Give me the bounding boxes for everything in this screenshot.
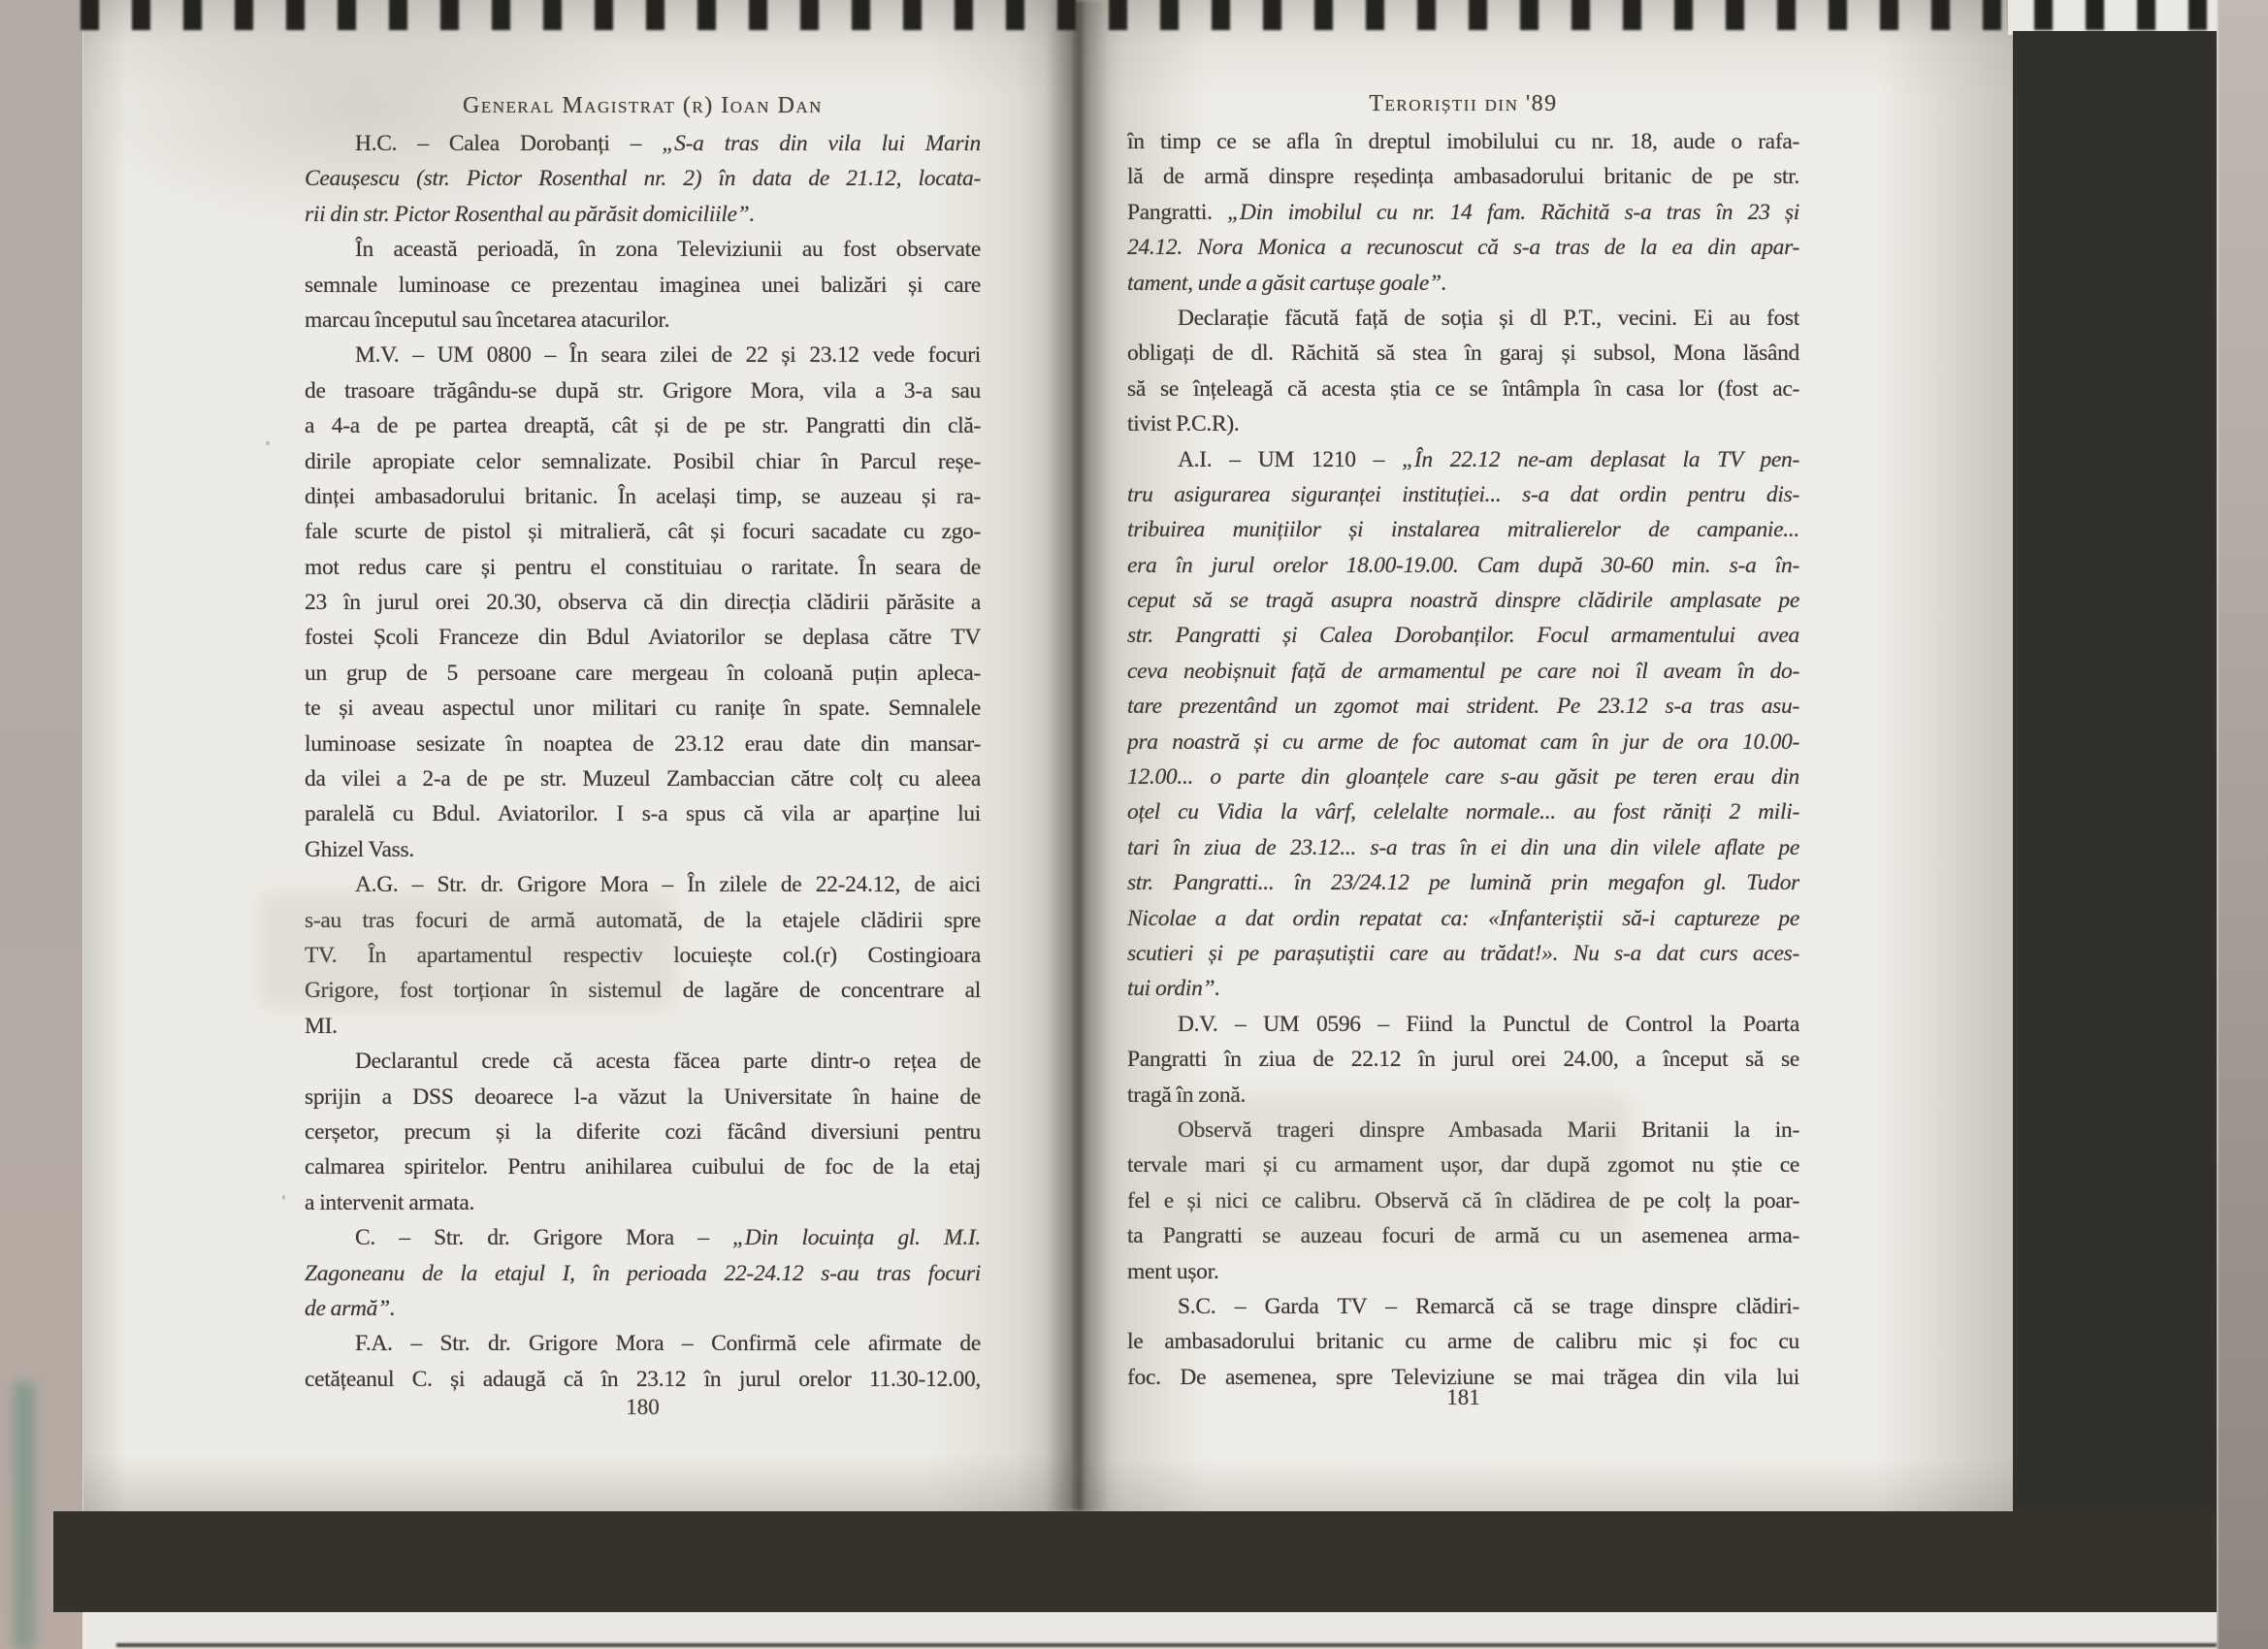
- body-text: F.A. – Str. dr. Grigore Mora – Confirmă …: [355, 1331, 981, 1356]
- body-text: H.C. – Calea Dorobanți –: [355, 131, 662, 156]
- text-column-left: H.C. – Calea Dorobanți – „S-a tras din v…: [305, 126, 981, 1397]
- text-line: lă de armă dinspre reședința ambasadorul…: [1127, 159, 1799, 194]
- text-line: un grup de 5 persoane care mergeau în co…: [305, 656, 981, 691]
- text-line: M.V. – UM 0800 – În seara zilei de 22 și…: [305, 338, 981, 372]
- text-line: a 4-a de pe partea dreaptă, cât și de pe…: [305, 408, 981, 443]
- text-line: fostei Școli Franceze din Bdul Aviatoril…: [305, 620, 981, 655]
- quoted-italic-text: str. Pangratti și Calea Dorobanților. Fo…: [1127, 623, 1799, 648]
- text-line: În această perioadă, în zona Televiziuni…: [305, 232, 981, 267]
- text-line: paralelă cu Bdul. Aviatorilor. I s-a spu…: [305, 796, 981, 831]
- text-line: 23 în jurul orei 20.30, observa că din d…: [305, 585, 981, 620]
- body-text: S.C. – Garda TV – Remarcă că se trage di…: [1178, 1294, 1799, 1319]
- body-text: lă de armă dinspre reședința ambasadorul…: [1127, 164, 1799, 189]
- text-line: 24.12. Nora Monica a recunoscut că s-a t…: [1127, 230, 1799, 265]
- body-text: paralelă cu Bdul. Aviatorilor. I s-a spu…: [305, 801, 981, 826]
- scan-speck: [282, 1195, 285, 1200]
- running-header-right: Teroriștii din '89: [1127, 91, 1799, 117]
- text-line: Ceaușescu (str. Pictor Rosenthal nr. 2) …: [305, 161, 981, 196]
- body-text: MI.: [305, 1014, 338, 1039]
- text-line: în timp ce se afla în dreptul imobilului…: [1127, 124, 1799, 159]
- quoted-italic-text: era în jurul orelor 18.00-19.00. Cam dup…: [1127, 553, 1799, 578]
- quoted-italic-text: „Din locuința gl. M.I.: [732, 1225, 981, 1250]
- page-number-left: 180: [305, 1395, 981, 1420]
- body-text: semnale luminoase ce prezentau imaginea …: [305, 273, 981, 298]
- text-line: tament, unde a găsit cartușe goale”.: [1127, 266, 1799, 301]
- quoted-italic-text: tare prezentând un zgomot mai strident. …: [1127, 694, 1799, 719]
- quoted-italic-text: tui ordin”.: [1127, 976, 1220, 1001]
- body-text: ment ușor.: [1127, 1259, 1218, 1284]
- text-line: tru asigurarea siguranței instituției...…: [1127, 477, 1799, 512]
- text-line: Zagoneanu de la etajul I, în perioada 22…: [305, 1256, 981, 1291]
- quoted-italic-text: tari în ziua de 23.12... s-a tras în ei …: [1127, 835, 1799, 860]
- body-text: un grup de 5 persoane care mergeau în co…: [305, 661, 981, 686]
- body-text: dirile apropiate celor semnalizate. Posi…: [305, 449, 981, 474]
- text-line: tui ordin”.: [1127, 971, 1799, 1006]
- quoted-italic-text: ceva neobișnuit față de armamentul pe ca…: [1127, 659, 1799, 684]
- book-page-right: Teroriștii din '89 în timp ce se afla în…: [1072, 0, 2013, 1511]
- text-line: str. Pangratti și Calea Dorobanților. Fo…: [1127, 618, 1799, 653]
- bleed-through-ghost: [258, 892, 675, 1009]
- text-line: te și aveau aspectul unor militari cu ra…: [305, 691, 981, 726]
- quoted-italic-text: tru asigurarea siguranței instituției...…: [1127, 482, 1799, 507]
- text-line: rii din str. Pictor Rosenthal au părăsit…: [305, 197, 981, 232]
- quoted-italic-text: 24.12. Nora Monica a recunoscut că s-a t…: [1127, 235, 1799, 260]
- text-line: Ghizel Vass.: [305, 832, 981, 867]
- text-line: S.C. – Garda TV – Remarcă că se trage di…: [1127, 1289, 1799, 1324]
- body-text: marcau începutul sau încetarea atacurilo…: [305, 307, 669, 333]
- text-line: H.C. – Calea Dorobanți – „S-a tras din v…: [305, 126, 981, 161]
- text-line: cerșetor, precum și la diferite cozi făc…: [305, 1115, 981, 1149]
- text-line: F.A. – Str. dr. Grigore Mora – Confirmă …: [305, 1326, 981, 1361]
- text-line: Pangratti în ziua de 22.12 în jurul orei…: [1127, 1042, 1799, 1077]
- text-line: marcau începutul sau încetarea atacurilo…: [305, 303, 981, 338]
- body-text: în timp ce se afla în dreptul imobilului…: [1127, 129, 1799, 154]
- body-text: Pangratti în ziua de 22.12 în jurul orei…: [1127, 1047, 1799, 1072]
- scan-artifact-streak: [14, 1382, 35, 1649]
- body-text: fale scurte de pistol și mitralieră, cât…: [305, 519, 981, 544]
- quoted-italic-text: tament, unde a găsit cartușe goale”.: [1127, 271, 1446, 296]
- text-line: ceput să se tragă asupra noastră dinspre…: [1127, 583, 1799, 618]
- book-gutter-shadow: [1046, 0, 1110, 1511]
- body-text: calmarea spiritelor. Pentru anihilarea c…: [305, 1154, 981, 1180]
- text-line: tari în ziua de 23.12... s-a tras în ei …: [1127, 830, 1799, 865]
- body-text: 23 în jurul orei 20.30, observa că din d…: [305, 590, 981, 615]
- text-line: luminoase sesizate în noaptea de 23.12 e…: [305, 727, 981, 761]
- text-line: tare prezentând un zgomot mai strident. …: [1127, 689, 1799, 724]
- book-page-left: General Magistrat (r) Ioan Dan H.C. – Ca…: [82, 0, 1073, 1511]
- body-text: a intervenit armata.: [305, 1190, 474, 1215]
- quoted-italic-text: „S-a tras din vila lui Marin: [662, 131, 981, 156]
- text-line: pra noastră și cu arme de foc automat ca…: [1127, 725, 1799, 760]
- body-text: sprijin a DSS deoarece l-a văzut la Univ…: [305, 1084, 981, 1110]
- text-line: de trasoare trăgându-se după str. Grigor…: [305, 373, 981, 408]
- text-line: dirile apropiate celor semnalizate. Posi…: [305, 444, 981, 479]
- text-line: str. Pangratti... în 23/24.12 pe lumină …: [1127, 865, 1799, 900]
- scan-background-bottom-dark: [53, 1511, 2217, 1612]
- quoted-italic-text: Nicolae a dat ordin repatat ca: «Infante…: [1127, 906, 1799, 931]
- text-line: 12.00... o parte din gloanțele care s-au…: [1127, 760, 1799, 794]
- quoted-italic-text: „În 22.12 ne-am deplasat la TV pen-: [1402, 447, 1799, 472]
- text-line: obligați de dl. Răchită să stea în garaj…: [1127, 336, 1799, 371]
- text-line: semnale luminoase ce prezentau imaginea …: [305, 268, 981, 303]
- text-line: a intervenit armata.: [305, 1185, 981, 1220]
- body-text: tivist P.C.R).: [1127, 411, 1239, 436]
- body-text: mot redus care și pentru el constituiau …: [305, 555, 981, 580]
- text-line: fale scurte de pistol și mitralieră, cât…: [305, 514, 981, 549]
- quoted-italic-text: de armă”.: [305, 1296, 395, 1321]
- quoted-italic-text: oțel cu Vidia la vârf, celelalte normale…: [1127, 799, 1799, 824]
- text-line: da vilei a 2-a de pe str. Muzeul Zambacc…: [305, 761, 981, 796]
- text-line: mot redus care și pentru el constituiau …: [305, 550, 981, 585]
- body-text: cetățeanul C. și adaugă că în 23.12 în j…: [305, 1367, 981, 1392]
- body-text: cerșetor, precum și la diferite cozi făc…: [305, 1119, 981, 1145]
- text-line: MI.: [305, 1009, 981, 1044]
- body-text: Ghizel Vass.: [305, 837, 414, 862]
- body-text: D.V. – UM 0596 – Fiind la Punctul de Con…: [1178, 1012, 1799, 1037]
- quoted-italic-text: 12.00... o parte din gloanțele care s-au…: [1127, 764, 1799, 790]
- body-text: da vilei a 2-a de pe str. Muzeul Zambacc…: [305, 766, 981, 792]
- body-text: Declarație făcută față de soția și dl P.…: [1178, 306, 1799, 331]
- spiral-binding: [66, 0, 2239, 30]
- body-text: A.I. – UM 1210 –: [1178, 447, 1402, 472]
- text-line: oțel cu Vidia la vârf, celelalte normale…: [1127, 794, 1799, 829]
- running-header-left: General Magistrat (r) Ioan Dan: [305, 93, 981, 119]
- body-text: M.V. – UM 0800 – În seara zilei de 22 și…: [355, 342, 981, 368]
- scanned-book-photo: General Magistrat (r) Ioan Dan H.C. – Ca…: [0, 0, 2268, 1649]
- text-line: calmarea spiritelor. Pentru anihilarea c…: [305, 1149, 981, 1184]
- scan-background-right-dark: [2013, 31, 2217, 1642]
- text-line: A.I. – UM 1210 – „În 22.12 ne-am deplasa…: [1127, 442, 1799, 477]
- text-line: cetățeanul C. și adaugă că în 23.12 în j…: [305, 1362, 981, 1397]
- body-text: le ambasadorului britanic cu arme de cal…: [1127, 1329, 1799, 1354]
- page-number-right: 181: [1127, 1385, 1799, 1410]
- body-text: Pangratti.: [1127, 200, 1227, 225]
- text-line: tribuirea munițiilor și instalarea mitra…: [1127, 512, 1799, 547]
- body-text: Declarantul crede că acesta făcea parte …: [355, 1049, 981, 1074]
- bleed-through-ghost: [1164, 1096, 1630, 1242]
- text-line: Declarantul crede că acesta făcea parte …: [305, 1044, 981, 1079]
- body-text: de trasoare trăgându-se după str. Grigor…: [305, 378, 981, 404]
- quoted-italic-text: rii din str. Pictor Rosenthal au părăsit…: [305, 202, 755, 227]
- text-line: C. – Str. dr. Grigore Mora – „Din locuin…: [305, 1220, 981, 1255]
- text-line: scutieri și pe parașutiștii care au trăd…: [1127, 936, 1799, 971]
- body-text: luminoase sesizate în noaptea de 23.12 e…: [305, 731, 981, 757]
- body-text: fostei Școli Franceze din Bdul Aviatoril…: [305, 625, 981, 650]
- scan-bottom-edge-line: [116, 1643, 2217, 1647]
- text-line: de armă”.: [305, 1291, 981, 1326]
- body-text: dinței ambasadorului britanic. În acelaș…: [305, 484, 981, 509]
- quoted-italic-text: scutieri și pe parașutiștii care au trăd…: [1127, 941, 1799, 966]
- text-line: sprijin a DSS deoarece l-a văzut la Univ…: [305, 1080, 981, 1115]
- text-line: ceva neobișnuit față de armamentul pe ca…: [1127, 654, 1799, 689]
- text-line: D.V. – UM 0596 – Fiind la Punctul de Con…: [1127, 1007, 1799, 1042]
- quoted-italic-text: „Din imobilul cu nr. 14 fam. Răchită s-a…: [1227, 200, 1799, 225]
- body-text: a 4-a de pe partea dreaptă, cât și de pe…: [305, 413, 981, 438]
- scan-speck: [266, 441, 270, 445]
- quoted-italic-text: ceput să se tragă asupra noastră dinspre…: [1127, 588, 1799, 613]
- body-text: obligați de dl. Răchită să stea în garaj…: [1127, 340, 1799, 366]
- text-line: să se înțeleagă că acesta știa ce se înt…: [1127, 372, 1799, 406]
- body-text: te și aveau aspectul unor militari cu ra…: [305, 695, 981, 721]
- scan-background-right-strip: [2217, 0, 2268, 1649]
- text-line: tivist P.C.R).: [1127, 406, 1799, 441]
- text-line: era în jurul orelor 18.00-19.00. Cam dup…: [1127, 548, 1799, 583]
- quoted-italic-text: pra noastră și cu arme de foc automat ca…: [1127, 729, 1799, 755]
- text-line: dinței ambasadorului britanic. În acelaș…: [305, 479, 981, 514]
- body-text: În această perioadă, în zona Televiziuni…: [355, 237, 981, 262]
- text-line: Nicolae a dat ordin repatat ca: «Infante…: [1127, 901, 1799, 936]
- text-line: Declarație făcută față de soția și dl P.…: [1127, 301, 1799, 336]
- text-line: le ambasadorului britanic cu arme de cal…: [1127, 1324, 1799, 1359]
- text-line: Pangratti. „Din imobilul cu nr. 14 fam. …: [1127, 195, 1799, 230]
- quoted-italic-text: str. Pangratti... în 23/24.12 pe lumină …: [1127, 870, 1799, 895]
- body-text: să se înțeleagă că acesta știa ce se înt…: [1127, 376, 1799, 402]
- body-text: C. – Str. dr. Grigore Mora –: [355, 1225, 732, 1250]
- quoted-italic-text: tribuirea munițiilor și instalarea mitra…: [1127, 517, 1799, 542]
- quoted-italic-text: Zagoneanu de la etajul I, în perioada 22…: [305, 1261, 981, 1286]
- quoted-italic-text: Ceaușescu (str. Pictor Rosenthal nr. 2) …: [305, 166, 981, 191]
- text-line: ment ușor.: [1127, 1254, 1799, 1289]
